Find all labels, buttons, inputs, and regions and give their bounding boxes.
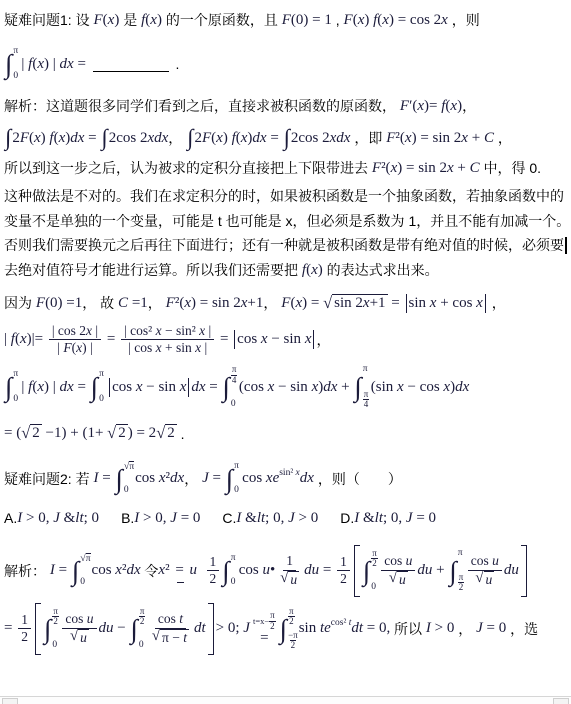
math-run: 2F(x) f(x)dx = [194, 130, 282, 147]
upper-limit: √π [80, 554, 90, 565]
text-run: 的一个原函数，且 [162, 10, 282, 30]
integral-limits: π20 [371, 548, 378, 594]
lower-limit: 0 [139, 641, 146, 651]
integral-sign: ∫ [115, 462, 122, 496]
math-run: F′(x)= f(x) [400, 98, 462, 115]
integral: ∫π2−π2 [280, 606, 298, 652]
lower-limit: 0 [371, 583, 378, 593]
lower-limit: π4 [363, 390, 370, 410]
math-run: F²(x) = sin 2x+1 [166, 295, 264, 312]
denominator: 2 [18, 629, 31, 645]
integral: ∫ππ4 [354, 364, 369, 410]
limit-fraction: π2 [52, 607, 59, 627]
integral-sign: ∫ [354, 370, 361, 404]
doc-line-0: 疑难问题1: 设 F(x) 是 f(x) 的一个原函数，且 F(0) = 1 ,… [4, 10, 567, 30]
text-cursor [565, 237, 567, 254]
text-run: ， [494, 128, 512, 148]
numerator: | cos 2x | [49, 323, 101, 340]
upper-limit: π [13, 47, 20, 57]
integral: ∫π20 [130, 606, 145, 652]
math-run: dx [300, 470, 314, 487]
absolute-value-bar [188, 378, 189, 397]
numerator: 1 [18, 612, 31, 629]
math-run: I > 0, J = 0 [134, 510, 200, 527]
integral: ∫π0 [222, 553, 237, 589]
text-run: 否则我们需要换元之后再往下面进行；还有一种就是被积函数是带有绝对值的时候，必须要 [4, 233, 564, 258]
math-run: 2cos 2xdx [109, 130, 169, 147]
text-run: , [332, 12, 344, 28]
doc-line-12: = (√2 −1) + (1+ √2) = 2√2 . [4, 424, 567, 442]
upper-limit: π4 [231, 365, 238, 385]
math-run: x² [158, 562, 173, 579]
denominator: √u [386, 571, 411, 588]
fraction: 12 [337, 554, 350, 587]
superscript: sin² x [279, 468, 300, 478]
integral: ∫π0 [5, 46, 20, 82]
integral-sign: ∫ [226, 462, 233, 496]
denominator: √u [472, 571, 497, 588]
numerator: 1 [283, 553, 296, 570]
math-run: cos xe [242, 470, 279, 487]
integral-sign: ∫ [449, 554, 456, 588]
math-run: | f(x)|= [4, 331, 47, 348]
document-page[interactable]: 疑难问题1: 设 F(x) 是 f(x) 的一个原函数，且 F(0) = 1 ,… [0, 0, 571, 704]
lower-limit: 0 [80, 578, 90, 588]
numerator: | cos² x − sin² x | [121, 323, 214, 340]
text-run: D. [340, 510, 354, 526]
right-bracket [208, 603, 214, 655]
doc-line-11: ∫π0| f(x) | dx = ∫π0cos x − sin xdx = ∫π… [4, 364, 567, 410]
math-run: u [186, 562, 205, 579]
superscript: cos² t [331, 618, 352, 628]
math-run: ) = 2 [128, 425, 156, 442]
equals-sign: = [260, 631, 268, 646]
lower-limit: π2 [458, 573, 465, 593]
doc-line-4: 所以到这一步之后，认为被求的定积分直接把上下限带进去 F²(x) = sin 2… [4, 158, 567, 178]
math-run: F(x) f(x) = cos 2x [344, 12, 448, 29]
square-root: √2 [107, 424, 128, 442]
left-bracket [35, 603, 41, 655]
math-run: F(0) =1 [36, 295, 82, 312]
numerator: 1 [337, 554, 350, 571]
math-run: = [216, 331, 232, 348]
upper-limit: π2 [139, 607, 146, 627]
math-run: −1) + (1+ [42, 425, 107, 442]
upper-limit: π [99, 370, 106, 380]
doc-line-9: 因为 F(0) =1， 故 C =1， F²(x) = sin 2x+1， F(… [4, 293, 567, 313]
absolute-value-bar [109, 378, 110, 397]
doc-line-15: 解析： I = ∫√π0cos x²dx 令x² = u 12∫π0cos u•… [4, 545, 567, 597]
text-run: 疑难问题1: 设 [4, 10, 93, 30]
text-run: ，选 [506, 619, 538, 639]
left-bracket [354, 545, 360, 597]
absolute-value-bar [234, 330, 235, 349]
fraction: 12 [207, 554, 220, 587]
text-run: ， [263, 293, 281, 313]
integral: ∫ [284, 124, 290, 152]
fraction: cos u√u [62, 611, 96, 645]
integral-sign: ∫ [44, 612, 51, 646]
upper-limit: π2 [52, 607, 59, 627]
math-run: = [103, 331, 119, 348]
math-run: F(0) = 1 [282, 12, 332, 29]
denominator: | F(x) | [54, 340, 95, 356]
doc-line-6: 变量不是单独的一个变量，可能是 t 也可能是 x，但必须是系数为 1，并且不能有… [4, 209, 567, 234]
lower-limit: 0 [13, 395, 20, 405]
integral-limits: π0 [13, 46, 20, 82]
math-run: cos x²dx [135, 470, 184, 487]
doc-line-7: 否则我们需要换元之后再往下面进行；还有一种就是被积函数是带有绝对值的时候，必须要 [4, 233, 567, 258]
doc-line-3: ∫2F(x) f(x)dx = ∫2cos 2xdx， ∫2F(x) f(x)d… [4, 124, 567, 152]
upper-limit: π [363, 365, 370, 375]
text-run: 中，得 0. [480, 158, 541, 178]
math-run: F(x) = [281, 295, 323, 312]
numerator: cos t [155, 611, 186, 628]
lower-limit: 0 [234, 486, 241, 496]
math-run: dx = [191, 379, 221, 396]
upper-limit: π [231, 554, 238, 564]
upper-limit: π2 [288, 607, 298, 627]
math-run: F²(x) = sin 2x + C [372, 160, 480, 177]
substitution-annotation: t=x−π2 [253, 611, 276, 631]
numerator: cos u [381, 553, 415, 570]
integral-sign: ∫ [280, 612, 287, 646]
math-run: du [504, 562, 519, 579]
integral-limits: π0 [231, 553, 238, 589]
math-run: du + [417, 562, 448, 579]
integral-sign: ∫ [5, 47, 12, 81]
limit-fraction: −π2 [288, 631, 298, 651]
integral-sign: ∫ [284, 124, 290, 152]
integral: ∫√π0 [115, 461, 134, 497]
integral: ∫ [187, 124, 193, 152]
lower-limit: −π2 [288, 631, 298, 651]
limit-fraction: π4 [363, 390, 370, 410]
math-run: I &lt; 0, J = 0 [354, 510, 436, 527]
fraction: cos u√u [468, 553, 502, 587]
integral: ∫π40 [223, 364, 238, 410]
math-run: cos x − sin x [112, 379, 186, 396]
math-run: du − [99, 620, 130, 637]
text-run: 疑难问题2: 若 [4, 469, 93, 489]
math-run: F²(x) = sin 2x + C [386, 130, 494, 147]
math-run: | f(x) | dx = [21, 379, 89, 396]
math-run: = [388, 295, 404, 312]
integral: ∫ [5, 124, 11, 152]
fraction: cos t√π − t [149, 611, 192, 645]
text-run: 解析：这道题很多同学们看到之后，直接求被积函数的原函数， [4, 96, 400, 116]
text-run: ， [488, 293, 506, 313]
integral-sign: ∫ [5, 370, 12, 404]
right-bracket [521, 545, 527, 597]
math-run: 2cos 2xdx [291, 130, 351, 147]
integral-limits: π20 [52, 606, 59, 652]
doc-line-14: A.I > 0, J &lt; 0B.I > 0, J = 0C.I &lt; … [4, 510, 567, 527]
denominator: √π − t [149, 629, 192, 646]
horizontal-scrollbar[interactable] [0, 696, 571, 704]
math-run: (cos x − sin x)dx + [239, 379, 353, 396]
text-run: 去绝对值符号才能进行运算。所以我们还需要把 [4, 258, 302, 283]
integral-sign: ∫ [187, 124, 193, 152]
lower-limit: 0 [52, 641, 59, 651]
limit-fraction: π2 [458, 573, 465, 593]
lower-limit: 0 [13, 72, 20, 82]
math-run: dt = 0, [351, 620, 394, 637]
integral-sign: ∫ [363, 554, 370, 588]
document-content: 疑难问题1: 设 F(x) 是 f(x) 的一个原函数，且 F(0) = 1 ,… [4, 10, 567, 655]
integral-sign: ∫ [223, 370, 230, 404]
integral: ∫π20 [44, 606, 59, 652]
doc-line-16: = 12∫π20cos u√udu − ∫π20cos t√π − tdt> 0… [4, 603, 567, 655]
answer-blank-underline [93, 56, 169, 72]
text-run: ，则（ ） [314, 469, 402, 489]
integral-limits: √π0 [80, 553, 90, 589]
integral: ∫π20 [363, 548, 378, 594]
fraction: | cos 2x || F(x) | [49, 323, 101, 356]
text-run: ， [184, 469, 202, 489]
limit-fraction: π2 [139, 607, 146, 627]
math-run: = ( [4, 425, 21, 442]
math-run: cos x − sin x [237, 331, 311, 348]
math-run: F(x) [93, 12, 119, 29]
integral-limits: π2−π2 [288, 606, 298, 652]
text-run: B. [121, 510, 134, 526]
integral-limits: ππ4 [363, 364, 370, 410]
upper-limit: π2 [371, 549, 378, 569]
integral: ∫ [101, 124, 107, 152]
upper-limit: π [234, 462, 241, 472]
lower-limit: 0 [124, 486, 134, 496]
math-run: J = 0 [476, 620, 506, 637]
math-run: cos u• [239, 562, 276, 579]
limit-fraction: π2 [371, 549, 378, 569]
lower-limit: 0 [231, 578, 238, 588]
integral-limits: π0 [13, 369, 20, 405]
fraction: cos u√u [381, 553, 415, 587]
annotated-equals: t=x−π2= [253, 611, 276, 646]
math-run: J = [202, 470, 225, 487]
integral-limits: π0 [234, 461, 241, 497]
math-run: C =1 [118, 295, 148, 312]
integral-sign: ∫ [72, 554, 79, 588]
math-run: cos x²dx [92, 562, 145, 579]
square-root: √2 [156, 424, 177, 442]
doc-line-5: 这种做法是不对的。我们在求定积分的时，如果被积函数是一个抽象函数，若抽象函数中的 [4, 184, 567, 209]
text-run: 解析： [4, 561, 50, 581]
text-run: . [177, 426, 185, 442]
absolute-value-bar [485, 294, 486, 313]
math-run: I = [50, 562, 71, 579]
text-run: ， [316, 330, 330, 350]
text-run: 的表达式求出来。 [323, 258, 439, 283]
doc-line-2: 解析：这道题很多同学们看到之后，直接求被积函数的原函数， F′(x)= f(x)… [4, 96, 567, 116]
integral: ∫π0 [91, 369, 106, 405]
text-run: . [172, 56, 180, 72]
substitution-equals: = [175, 562, 183, 579]
integral-limits: ππ2 [458, 548, 465, 594]
math-run: du = [304, 562, 335, 579]
math-run: = [4, 620, 16, 637]
integral: ∫π0 [226, 461, 241, 497]
text-run: C. [222, 510, 236, 526]
text-run: 所以 [394, 619, 426, 639]
text-run: 是 [119, 10, 141, 30]
integral-limits: π0 [99, 369, 106, 405]
fraction: | cos² x − sin² x || cos x + sin x | [121, 323, 214, 356]
absolute-value-bar [313, 330, 314, 349]
math-run: 2F(x) f(x)dx = [12, 130, 100, 147]
math-run: I = [93, 470, 114, 487]
math-run: f(x) [302, 258, 323, 283]
integral-limits: √π0 [124, 461, 134, 497]
math-run: > 0; J [216, 620, 250, 637]
fraction: 12 [18, 612, 31, 645]
integral-limits: π20 [139, 606, 146, 652]
text-run: 所以到这一步之后，认为被求的定积分直接把上下限带进去 [4, 158, 372, 178]
square-root: √2 [21, 424, 42, 442]
denominator: √u [277, 571, 302, 588]
numerator: cos u [62, 611, 96, 628]
fraction: 1√u [277, 553, 302, 587]
upper-limit: √π [124, 462, 134, 473]
math-run: I > 0 [426, 620, 454, 637]
math-run: sin x + cos x [409, 295, 483, 312]
text-run: 变量不是单独的一个变量，可能是 t 也可能是 x，但必须是系数为 1，并且不能有… [4, 209, 570, 234]
upper-limit: π [13, 370, 20, 380]
numerator: 1 [207, 554, 220, 571]
math-run: f(x) [141, 12, 162, 29]
denominator: √u [67, 629, 92, 646]
numerator: cos u [468, 553, 502, 570]
math-run: I > 0, J &lt; 0 [17, 510, 99, 527]
denominator: 2 [207, 571, 220, 587]
math-run: dt [194, 620, 206, 637]
integral: ∫π0 [5, 369, 20, 405]
square-root: √sin 2x+1 [323, 294, 387, 312]
denominator: 2 [337, 571, 350, 587]
upper-limit: π [458, 549, 465, 559]
text-run: ， [454, 619, 476, 639]
text-run: ，则 [448, 10, 480, 30]
integral: ∫√π0 [72, 553, 91, 589]
math-run: | f(x) | dx = [21, 56, 89, 73]
integral-sign: ∫ [5, 124, 11, 152]
text-run: ，即 [350, 128, 386, 148]
text-run: ， [148, 293, 166, 313]
lower-limit: 0 [231, 400, 238, 410]
doc-line-1: ∫π0| f(x) | dx = . [4, 46, 567, 82]
limit-fraction: π2 [288, 607, 295, 627]
doc-line-8: 去绝对值符号才能进行运算。所以我们还需要把 f(x) 的表达式求出来。 [4, 258, 567, 283]
text-run: ， 故 [82, 293, 118, 313]
denominator: | cos x + sin x | [125, 340, 210, 356]
math-run: I &lt; 0, J > 0 [236, 510, 318, 527]
text-run: ， [462, 96, 476, 116]
text-run: 这种做法是不对的。我们在求定积分的时，如果被积函数是一个抽象函数，若抽象函数中的 [4, 184, 564, 209]
integral: ∫ππ2 [449, 548, 464, 594]
doc-line-13: 疑难问题2: 若 I = ∫√π0cos x²dx， J = ∫π0cos xe… [4, 461, 567, 497]
limit-fraction: π4 [231, 365, 238, 385]
integral-sign: ∫ [130, 612, 137, 646]
integral-sign: ∫ [91, 370, 98, 404]
absolute-value-bar [406, 294, 407, 313]
text-run: A. [4, 510, 17, 526]
doc-line-10: | f(x)|= | cos 2x || F(x) | = | cos² x −… [4, 323, 567, 356]
math-run: (sin x − cos x)dx [371, 379, 469, 396]
text-run: 令 [144, 561, 158, 581]
text-run: 因为 [4, 293, 36, 313]
math-run: sin te [299, 620, 331, 637]
lower-limit: 0 [99, 395, 106, 405]
text-run: ， [168, 128, 186, 148]
limit-fraction: π2 [269, 611, 276, 631]
integral-limits: π40 [231, 364, 238, 410]
integral-sign: ∫ [222, 554, 229, 588]
integral-sign: ∫ [101, 124, 107, 152]
